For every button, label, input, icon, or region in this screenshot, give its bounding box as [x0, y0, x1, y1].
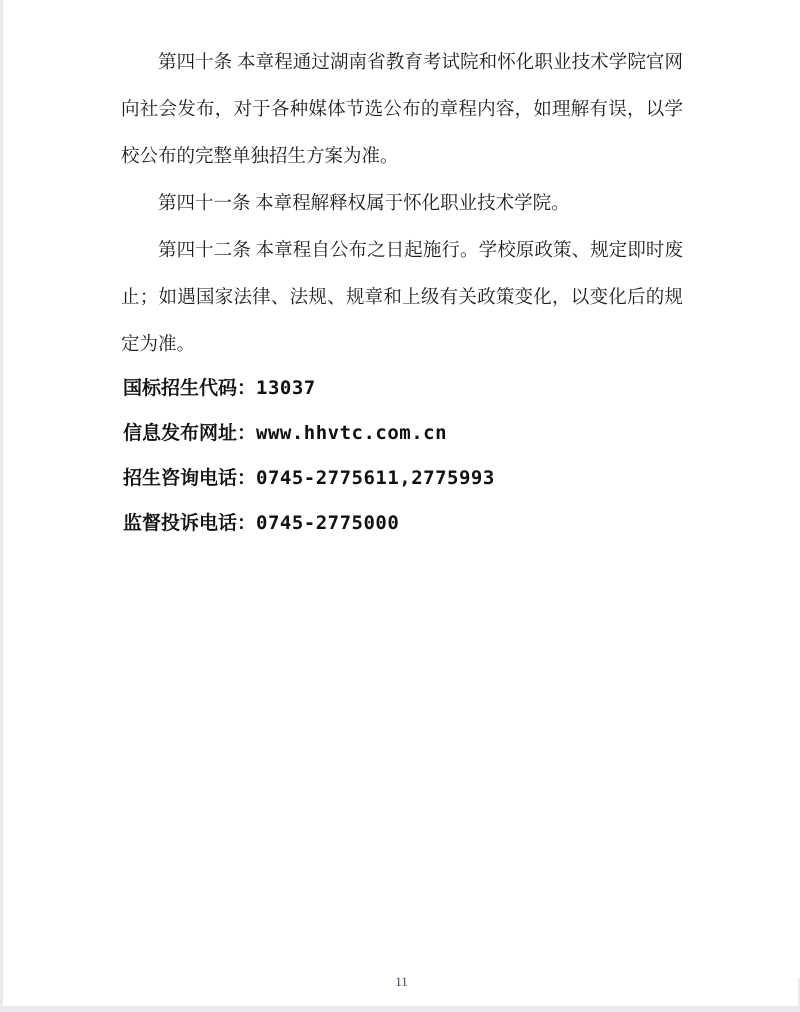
article-text-block: 第四十条 本章程通过湖南省教育考试院和怀化职业技术学院官网向社会发布，对于各种媒…: [121, 40, 683, 369]
contact-line-website: 信息发布网址：www.hhvtc.com.cn: [123, 411, 685, 456]
admissions-phone-label: 招生咨询电话：: [123, 468, 256, 489]
national-code-value: 13037: [256, 377, 316, 399]
paragraph-article-40: 第四十条 本章程通过湖南省教育考试院和怀化职业技术学院官网向社会发布，对于各种媒…: [121, 40, 683, 181]
website-value: www.hhvtc.com.cn: [256, 422, 447, 444]
contact-line-national-code: 国标招生代码：13037: [123, 366, 685, 411]
supervision-phone-value: 0745-2775000: [256, 512, 399, 534]
page-number: 11: [3, 974, 800, 990]
contact-line-admissions-phone: 招生咨询电话：0745-2775611,2775993: [123, 456, 685, 501]
paragraph-article-42: 第四十二条 本章程自公布之日起施行。学校原政策、规定即时废止；如遇国家法律、法规…: [121, 228, 683, 369]
national-code-label: 国标招生代码：: [123, 378, 256, 399]
contact-line-supervision-phone: 监督投诉电话：0745-2775000: [123, 501, 685, 546]
admissions-phone-value: 0745-2775611,2775993: [256, 467, 495, 489]
document-page: 第四十条 本章程通过湖南省教育考试院和怀化职业技术学院官网向社会发布，对于各种媒…: [3, 0, 800, 1006]
paragraph-article-41: 第四十一条 本章程解释权属于怀化职业技术学院。: [121, 181, 683, 228]
contact-info-block: 国标招生代码：13037 信息发布网址：www.hhvtc.com.cn 招生咨…: [123, 366, 685, 546]
document-viewport: 第四十条 本章程通过湖南省教育考试院和怀化职业技术学院官网向社会发布，对于各种媒…: [0, 0, 800, 1012]
supervision-phone-label: 监督投诉电话：: [123, 513, 256, 534]
website-label: 信息发布网址：: [123, 423, 256, 444]
